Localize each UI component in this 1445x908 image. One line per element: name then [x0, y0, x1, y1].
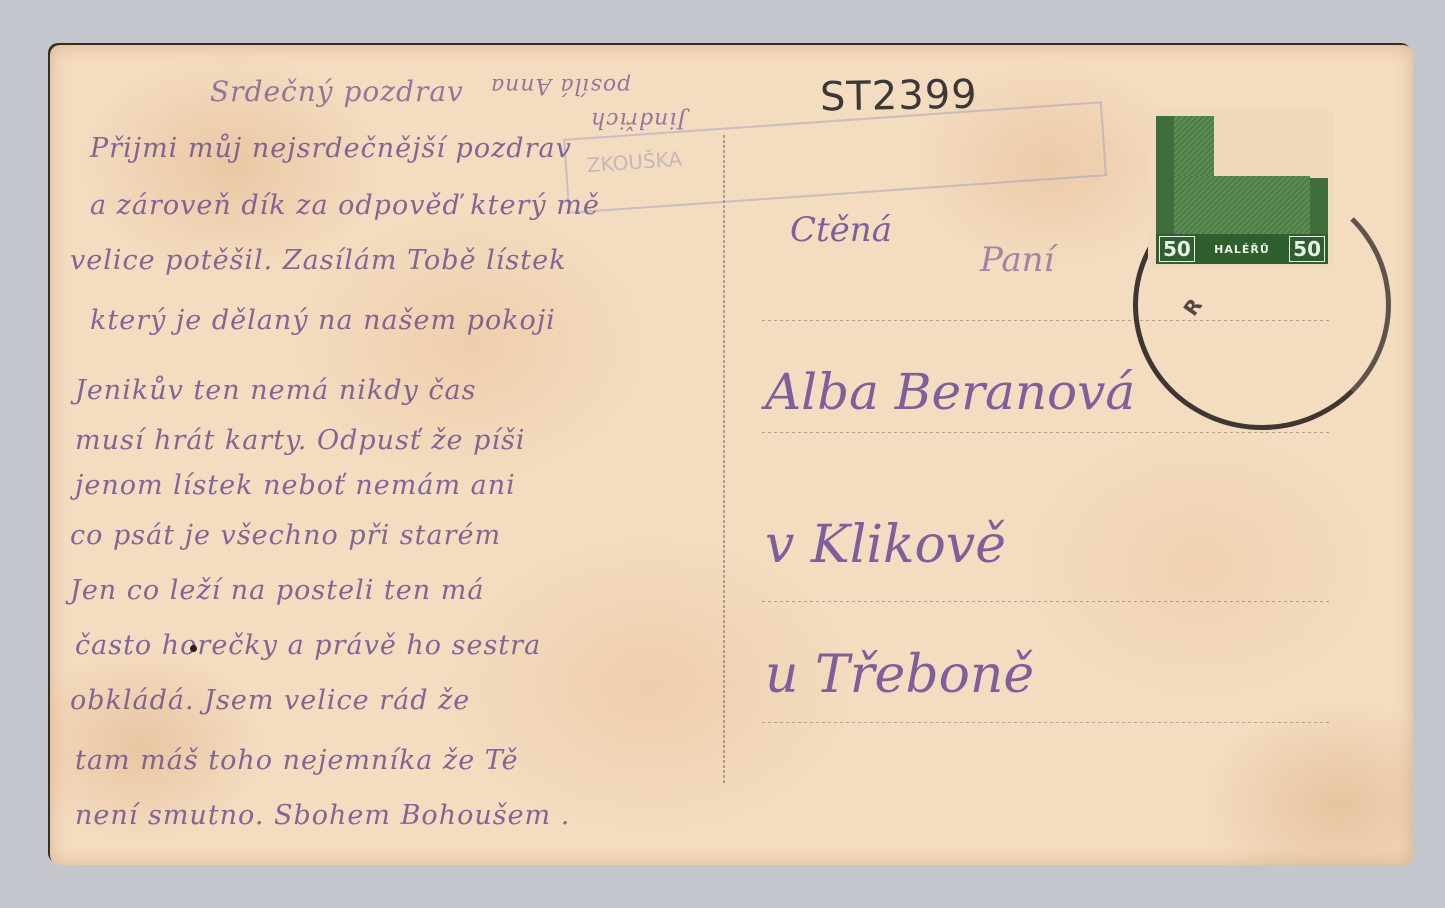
- message-line: jenom lístek neboť nemám ani: [75, 470, 516, 501]
- address-name: Alba Beranová: [765, 363, 1135, 421]
- stamp-frame: [1310, 178, 1328, 238]
- greeting-top: Srdečný pozdrav: [210, 75, 464, 108]
- upside-down-note-1: posílá Anna: [490, 73, 631, 98]
- message-line: co psát je všechno při starém: [70, 520, 501, 551]
- address-street: v Klikově: [765, 515, 1006, 575]
- address-line: [762, 722, 1332, 723]
- message-line: Přijmi můj nejsrdečnější pozdrav: [90, 133, 572, 164]
- stamp-value-right: 50: [1289, 236, 1325, 262]
- message-line: Jen co leží na posteli ten má: [70, 575, 484, 606]
- message-line: není smutno. Sbohem Bohoušem .: [75, 800, 570, 831]
- stamp-value-left: 50: [1159, 236, 1195, 262]
- message-line: obkládá. Jsem velice rád že: [70, 685, 470, 716]
- message-line: musí hrát karty. Odpusť že píši: [75, 425, 526, 456]
- address-salutation-2: Paní: [980, 240, 1054, 280]
- address-line: [762, 432, 1332, 433]
- stamp-currency: HALÉŘŮ: [1214, 243, 1270, 256]
- postcard: ST2399 ZKOUŠKA Srdečný pozdrav posílá An…: [50, 45, 1413, 865]
- stamp-frame: [1156, 116, 1174, 236]
- center-divider: [723, 135, 725, 785]
- stamp-portrait: [1174, 116, 1214, 176]
- address-city: u Třeboně: [765, 645, 1034, 705]
- message-line: Jenikův ten nemá nikdy čas: [75, 375, 476, 406]
- postage-stamp: 50 HALÉŘŮ 50: [1148, 110, 1334, 270]
- ink-blot: [190, 645, 197, 652]
- message-line: a zároveň dík za odpověď který mě: [90, 190, 600, 221]
- address-salutation-1: Ctěná: [790, 210, 892, 250]
- message-line: často horečky a právě ho sestra: [75, 630, 541, 661]
- address-line: [762, 601, 1332, 602]
- message-line: tam máš toho nejemníka že Tě: [75, 745, 519, 776]
- upside-down-note-2: Jindřich: [590, 107, 686, 132]
- message-line: velice potěšil. Zasílám Tobě lístek: [70, 245, 566, 276]
- stamp-portrait: [1174, 176, 1310, 236]
- message-line: který je dělaný na našem pokoji: [90, 305, 556, 336]
- stamp-denomination-bar: 50 HALÉŘŮ 50: [1156, 234, 1328, 264]
